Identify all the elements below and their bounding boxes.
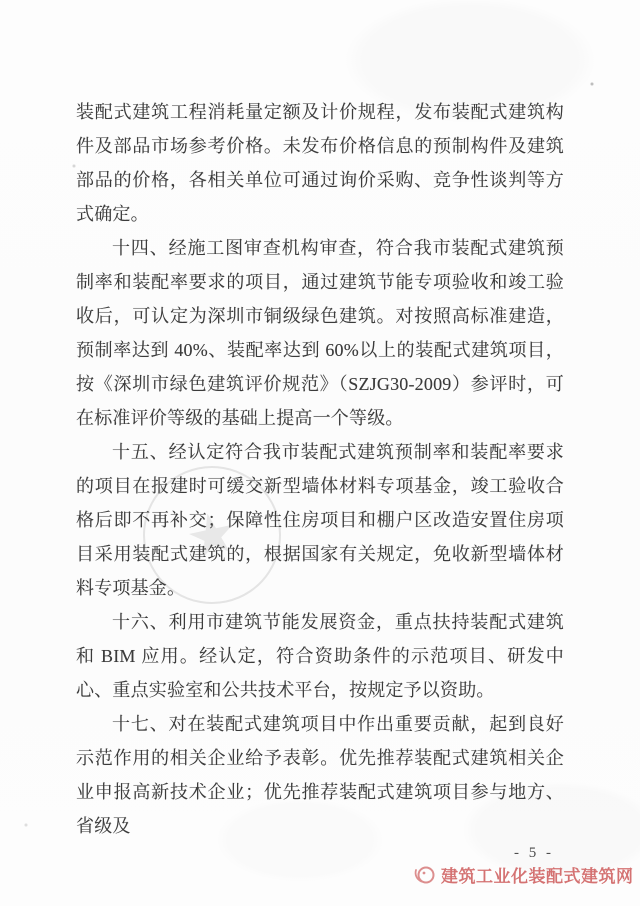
page-number: - 5 - [496,845,572,862]
paragraph-item-17: 十七、对在装配式建筑项目中作出重要贡献，起到良好示范作用的相关企业给予表彰。优先… [76,707,564,843]
document-page: ★ 装配式建筑工程消耗量定额及计价规程，发布装配式建筑构件及部品市场参考价格。未… [0,0,640,906]
site-watermark: 建筑工业化装配式建筑网 [412,862,634,887]
document-body: 装配式建筑工程消耗量定额及计价规程，发布装配式建筑构件及部品市场参考价格。未发布… [76,95,564,843]
paragraph-continuation: 装配式建筑工程消耗量定额及计价规程，发布装配式建筑构件及部品市场参考价格。未发布… [76,95,564,231]
site-watermark-text: 建筑工业化装配式建筑网 [441,862,634,887]
paragraph-item-15: 十五、经认定符合我市装配式建筑预制率和装配率要求的项目在报建时可缓交新型墙体材料… [76,435,564,605]
paragraph-item-14: 十四、经施工图审查机构审查，符合我市装配式建筑预制率和装配率要求的项目，通过建筑… [76,231,564,435]
paragraph-item-16: 十六、利用市建筑节能发展资金，重点扶持装配式建筑和 BIM 应用。经认定，符合资… [76,605,564,707]
site-logo-icon [412,863,436,887]
